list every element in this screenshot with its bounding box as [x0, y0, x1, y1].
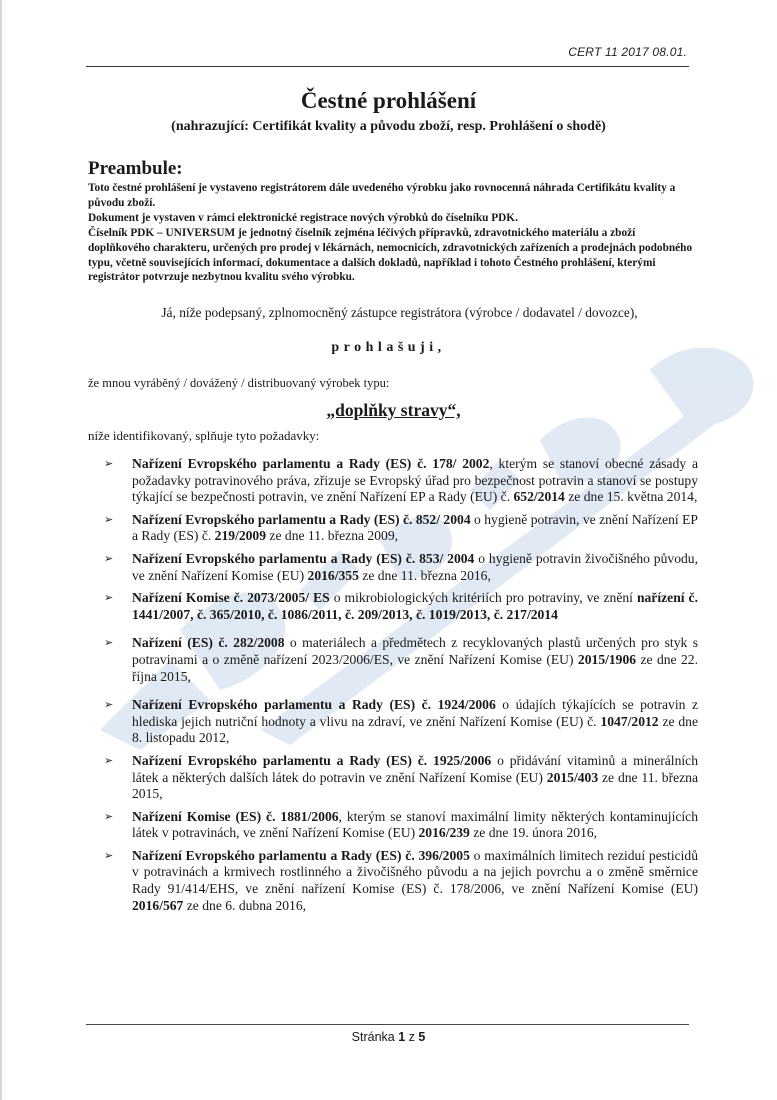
amendment-date: ze dne 11. března 2016, [359, 568, 491, 583]
product-type: „doplňky stravy“, [0, 400, 777, 421]
signatory-intro: Já, níže podepsaný, zplnomocněný zástupc… [0, 305, 777, 321]
amendment-reference: 1047/2012 [600, 714, 658, 729]
amendment-date: ze dne 15. května 2014, [565, 489, 698, 504]
declaration-word: prohlašuji, [0, 340, 777, 356]
amendment-date: ze dne 6. dubna 2016, [183, 898, 306, 913]
requirement-item: ➢Nařízení Evropského parlamentu a Rady (… [104, 848, 698, 914]
page-separator: z [409, 1030, 415, 1044]
requirement-item: ➢Nařízení Komise č. 2073/2005/ ES o mikr… [104, 590, 698, 623]
regulation-reference: Nařízení Evropského parlamentu a Rady (E… [132, 753, 491, 768]
arrowhead-icon: ➢ [104, 590, 113, 607]
arrowhead-icon: ➢ [104, 809, 113, 826]
arrowhead-icon: ➢ [104, 456, 113, 473]
requirements-intro: níže identifikovaný, splňuje tyto požada… [88, 428, 319, 444]
amendment-reference: 2016/239 [419, 825, 470, 840]
regulation-reference: Nařízení Evropského parlamentu a Rady (E… [132, 456, 489, 471]
amendment-reference: 652/2014 [514, 489, 565, 504]
regulation-reference: Nařízení (ES) č. 282/2008 [132, 635, 285, 650]
arrowhead-icon: ➢ [104, 697, 113, 714]
requirement-item: ➢Nařízení Evropského parlamentu a Rady (… [104, 551, 698, 584]
preamble-paragraph: Dokument je vystaven v rámci elektronick… [88, 211, 693, 226]
preamble-body: Toto čestné prohlášení je vystaveno regi… [88, 181, 693, 285]
regulation-reference: Nařízení Komise č. 2073/2005/ ES [132, 590, 330, 605]
page-label: Stránka [352, 1030, 395, 1044]
regulation-reference: Nařízení Komise (ES) č. 1881/2006 [132, 809, 339, 824]
arrowhead-icon: ➢ [104, 848, 113, 865]
footer-divider [86, 1024, 689, 1025]
preamble-paragraph: Toto čestné prohlášení je vystaveno regi… [88, 181, 693, 211]
preamble-paragraph: Číselník PDK – UNIVERSUM je jednotný čís… [88, 226, 693, 286]
regulation-reference: Nařízení Evropského parlamentu a Rady (E… [132, 551, 474, 566]
total-pages: 5 [418, 1030, 425, 1044]
requirements-list: ➢Nařízení Evropského parlamentu a Rady (… [104, 456, 698, 920]
requirement-item: ➢Nařízení (ES) č. 282/2008 o materiálech… [104, 635, 698, 685]
page-edge [0, 0, 2, 1100]
amendment-reference: 2015/1906 [578, 652, 636, 667]
amendment-date: ze dne 19. února 2016, [470, 825, 597, 840]
header-divider [86, 66, 689, 67]
requirement-item: ➢Nařízení Evropského parlamentu a Rady (… [104, 512, 698, 545]
amendment-date: ze dne 11. března 2009, [266, 528, 398, 543]
amendment-reference: 2016/567 [132, 898, 183, 913]
arrowhead-icon: ➢ [104, 512, 113, 529]
requirement-item: ➢Nařízení Evropského parlamentu a Rady (… [104, 697, 698, 747]
requirement-item: ➢Nařízení Komise (ES) č. 1881/2006, kter… [104, 809, 698, 842]
requirement-item: ➢Nařízení Evropského parlamentu a Rady (… [104, 456, 698, 506]
amendment-reference: 2016/355 [308, 568, 359, 583]
regulation-description: o mikrobiologických kritériích pro potra… [330, 590, 637, 605]
amendment-reference: 2015/403 [547, 770, 598, 785]
regulation-reference: Nařízení Evropského parlamentu a Rady (E… [132, 512, 471, 527]
document-code: CERT 11 2017 08.01. [568, 45, 687, 59]
amendment-reference: 219/2009 [215, 528, 266, 543]
document-title: Čestné prohlášení [0, 88, 777, 114]
document-subtitle: (nahrazující: Certifikát kvality a původ… [0, 119, 777, 135]
regulation-reference: Nařízení Evropského parlamentu a Rady (E… [132, 848, 470, 863]
page-number: Stránka 1 z 5 [0, 1030, 777, 1044]
current-page: 1 [398, 1030, 405, 1044]
preamble-heading: Preambule: [88, 158, 183, 180]
regulation-reference: Nařízení Evropského parlamentu a Rady (E… [132, 697, 496, 712]
arrowhead-icon: ➢ [104, 753, 113, 770]
product-line: že mnou vyráběný / dovážený / distribuov… [88, 376, 389, 391]
arrowhead-icon: ➢ [104, 635, 113, 652]
requirement-item: ➢Nařízení Evropského parlamentu a Rady (… [104, 753, 698, 803]
arrowhead-icon: ➢ [104, 551, 113, 568]
